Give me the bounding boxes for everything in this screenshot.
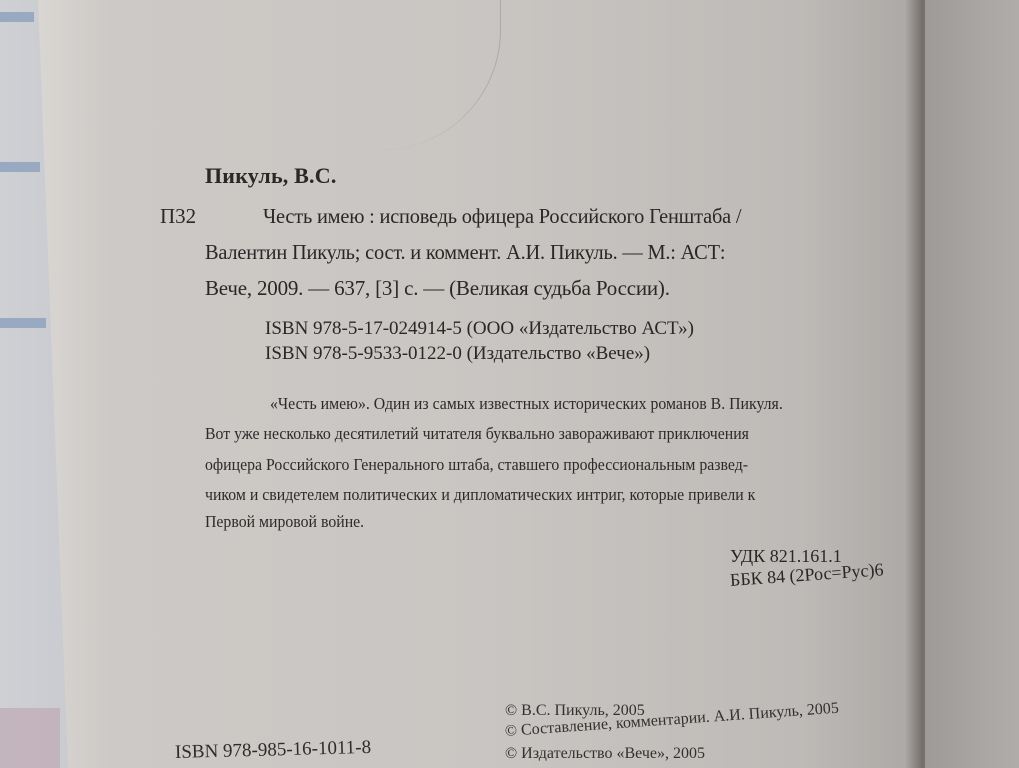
book-page [38,0,933,768]
bibliographic-line: Честь имею : исповедь офицера Российског… [263,204,741,229]
annotation-line: Первой мировой войне. [205,512,364,532]
annotation-line: «Честь имею». Один из самых известных ис… [270,394,783,414]
author-heading: Пикуль, В.С. [205,163,337,189]
isbn-line: ISBN 978-5-17-024914-5 (ООО «Издательств… [265,318,694,340]
copyright-line: © Издательство «Вече», 2005 [505,745,705,763]
annotation-line: чиком и свидетелем политических и диплом… [205,485,755,505]
bibliographic-line: Валентин Пикуль; сост. и коммент. А.И. П… [205,240,725,265]
bibliographic-line: Вече, 2009. — 637, [3] с. — (Великая суд… [205,276,670,301]
cloth-stripe [0,12,34,22]
cloth-stripe [0,318,46,328]
cloth-stripe [0,162,40,172]
annotation-line: офицера Российского Генерального штаба, … [205,455,748,475]
facing-page [925,0,1019,768]
annotation-line: Вот уже несколько десятилетий читателя б… [205,424,749,444]
catalog-code: П32 [160,204,196,229]
cloth-patch [0,708,60,768]
isbn-line: ISBN 978-5-9533-0122-0 (Издательство «Ве… [265,343,650,365]
